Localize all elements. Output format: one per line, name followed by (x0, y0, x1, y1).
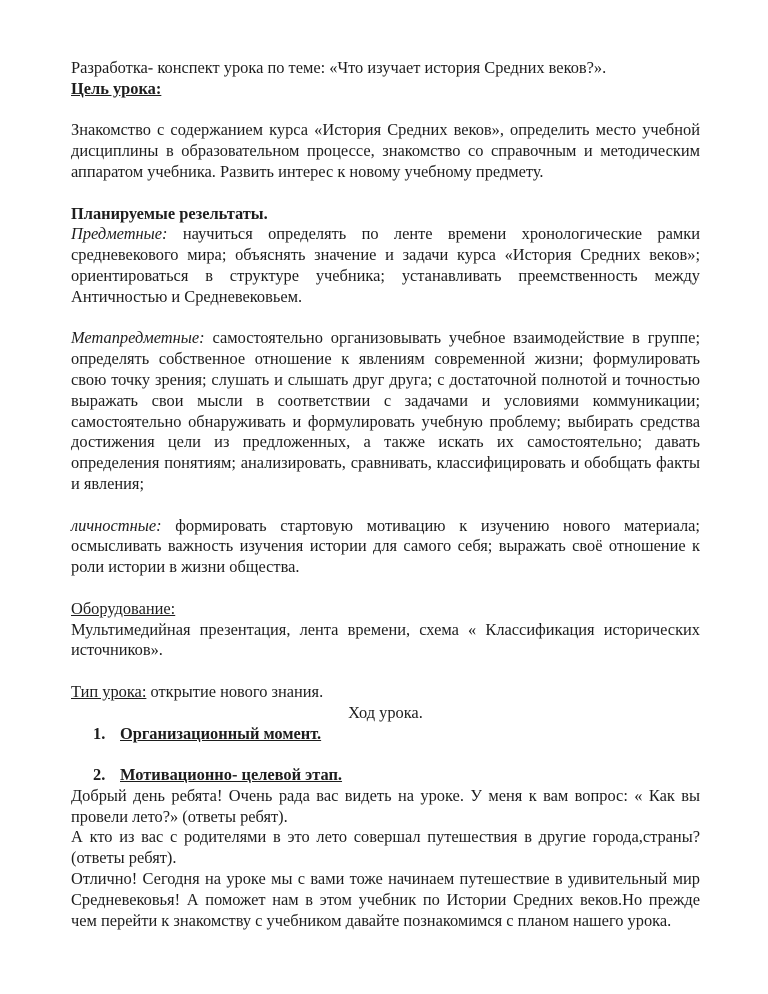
text-run: открытие нового знания. (146, 682, 323, 701)
document-page: Разработка- конспект урока по теме: «Что… (0, 0, 768, 994)
paragraph: Отлично! Сегодня на уроке мы с вами тоже… (71, 869, 700, 931)
blank-line (71, 183, 700, 204)
text-run: А кто из вас с родителями в это лето сов… (71, 827, 700, 867)
text-run: Организационный момент. (120, 724, 321, 743)
paragraph: Тип урока: открытие нового знания. (71, 682, 700, 703)
list-number: 1. (93, 724, 120, 745)
paragraph: Предметные: научиться определять по лент… (71, 224, 700, 307)
text-run: Разработка- конспект урока по теме: «Что… (71, 58, 606, 77)
text-run: Метапредметные: (71, 328, 212, 347)
text-run: Мотивационно- целевой этап. (120, 765, 342, 784)
paragraph: Знакомство с содержанием курса «История … (71, 120, 700, 182)
blank-line (71, 308, 700, 329)
paragraph: Разработка- конспект урока по теме: «Что… (71, 58, 700, 79)
text-run: Цель урока: (71, 79, 161, 98)
blank-line (71, 661, 700, 682)
text-run: Ход урока. (348, 703, 423, 722)
list-number: 2. (93, 765, 120, 786)
text-run: Предметные: (71, 224, 183, 243)
text-run: Знакомство с содержанием курса «История … (71, 120, 700, 181)
paragraph: Оборудование: (71, 599, 700, 620)
paragraph: Планируемые резельтаты. (71, 204, 700, 225)
paragraph: А кто из вас с родителями в это лето сов… (71, 827, 700, 869)
blank-line (71, 495, 700, 516)
text-run: личностные: (71, 516, 175, 535)
paragraph: личностные: формировать стартовую мотива… (71, 516, 700, 578)
text-run: самостоятельно организовывать учебное вз… (71, 328, 700, 493)
text-run: Мультимедийная презентация, лента времен… (71, 620, 700, 660)
paragraph: Цель урока: (71, 79, 700, 100)
list-item: 1.Организационный момент. (93, 724, 700, 745)
text-run: Планируемые резельтаты. (71, 204, 268, 223)
text-run: Тип урока: (71, 682, 146, 701)
text-run: Добрый день ребята! Очень рада вас видет… (71, 786, 700, 826)
blank-line (71, 578, 700, 599)
paragraph: Мультимедийная презентация, лента времен… (71, 620, 700, 662)
blank-line (71, 744, 700, 765)
paragraph: Добрый день ребята! Очень рада вас видет… (71, 786, 700, 828)
text-run: Отлично! Сегодня на уроке мы с вами тоже… (71, 869, 700, 930)
blank-line (71, 100, 700, 121)
paragraph: Метапредметные: самостоятельно организов… (71, 328, 700, 494)
text-run: Оборудование: (71, 599, 175, 618)
list-item: 2.Мотивационно- целевой этап. (93, 765, 700, 786)
document-content: Разработка- конспект урока по теме: «Что… (71, 58, 700, 931)
paragraph: Ход урока. (71, 703, 700, 724)
